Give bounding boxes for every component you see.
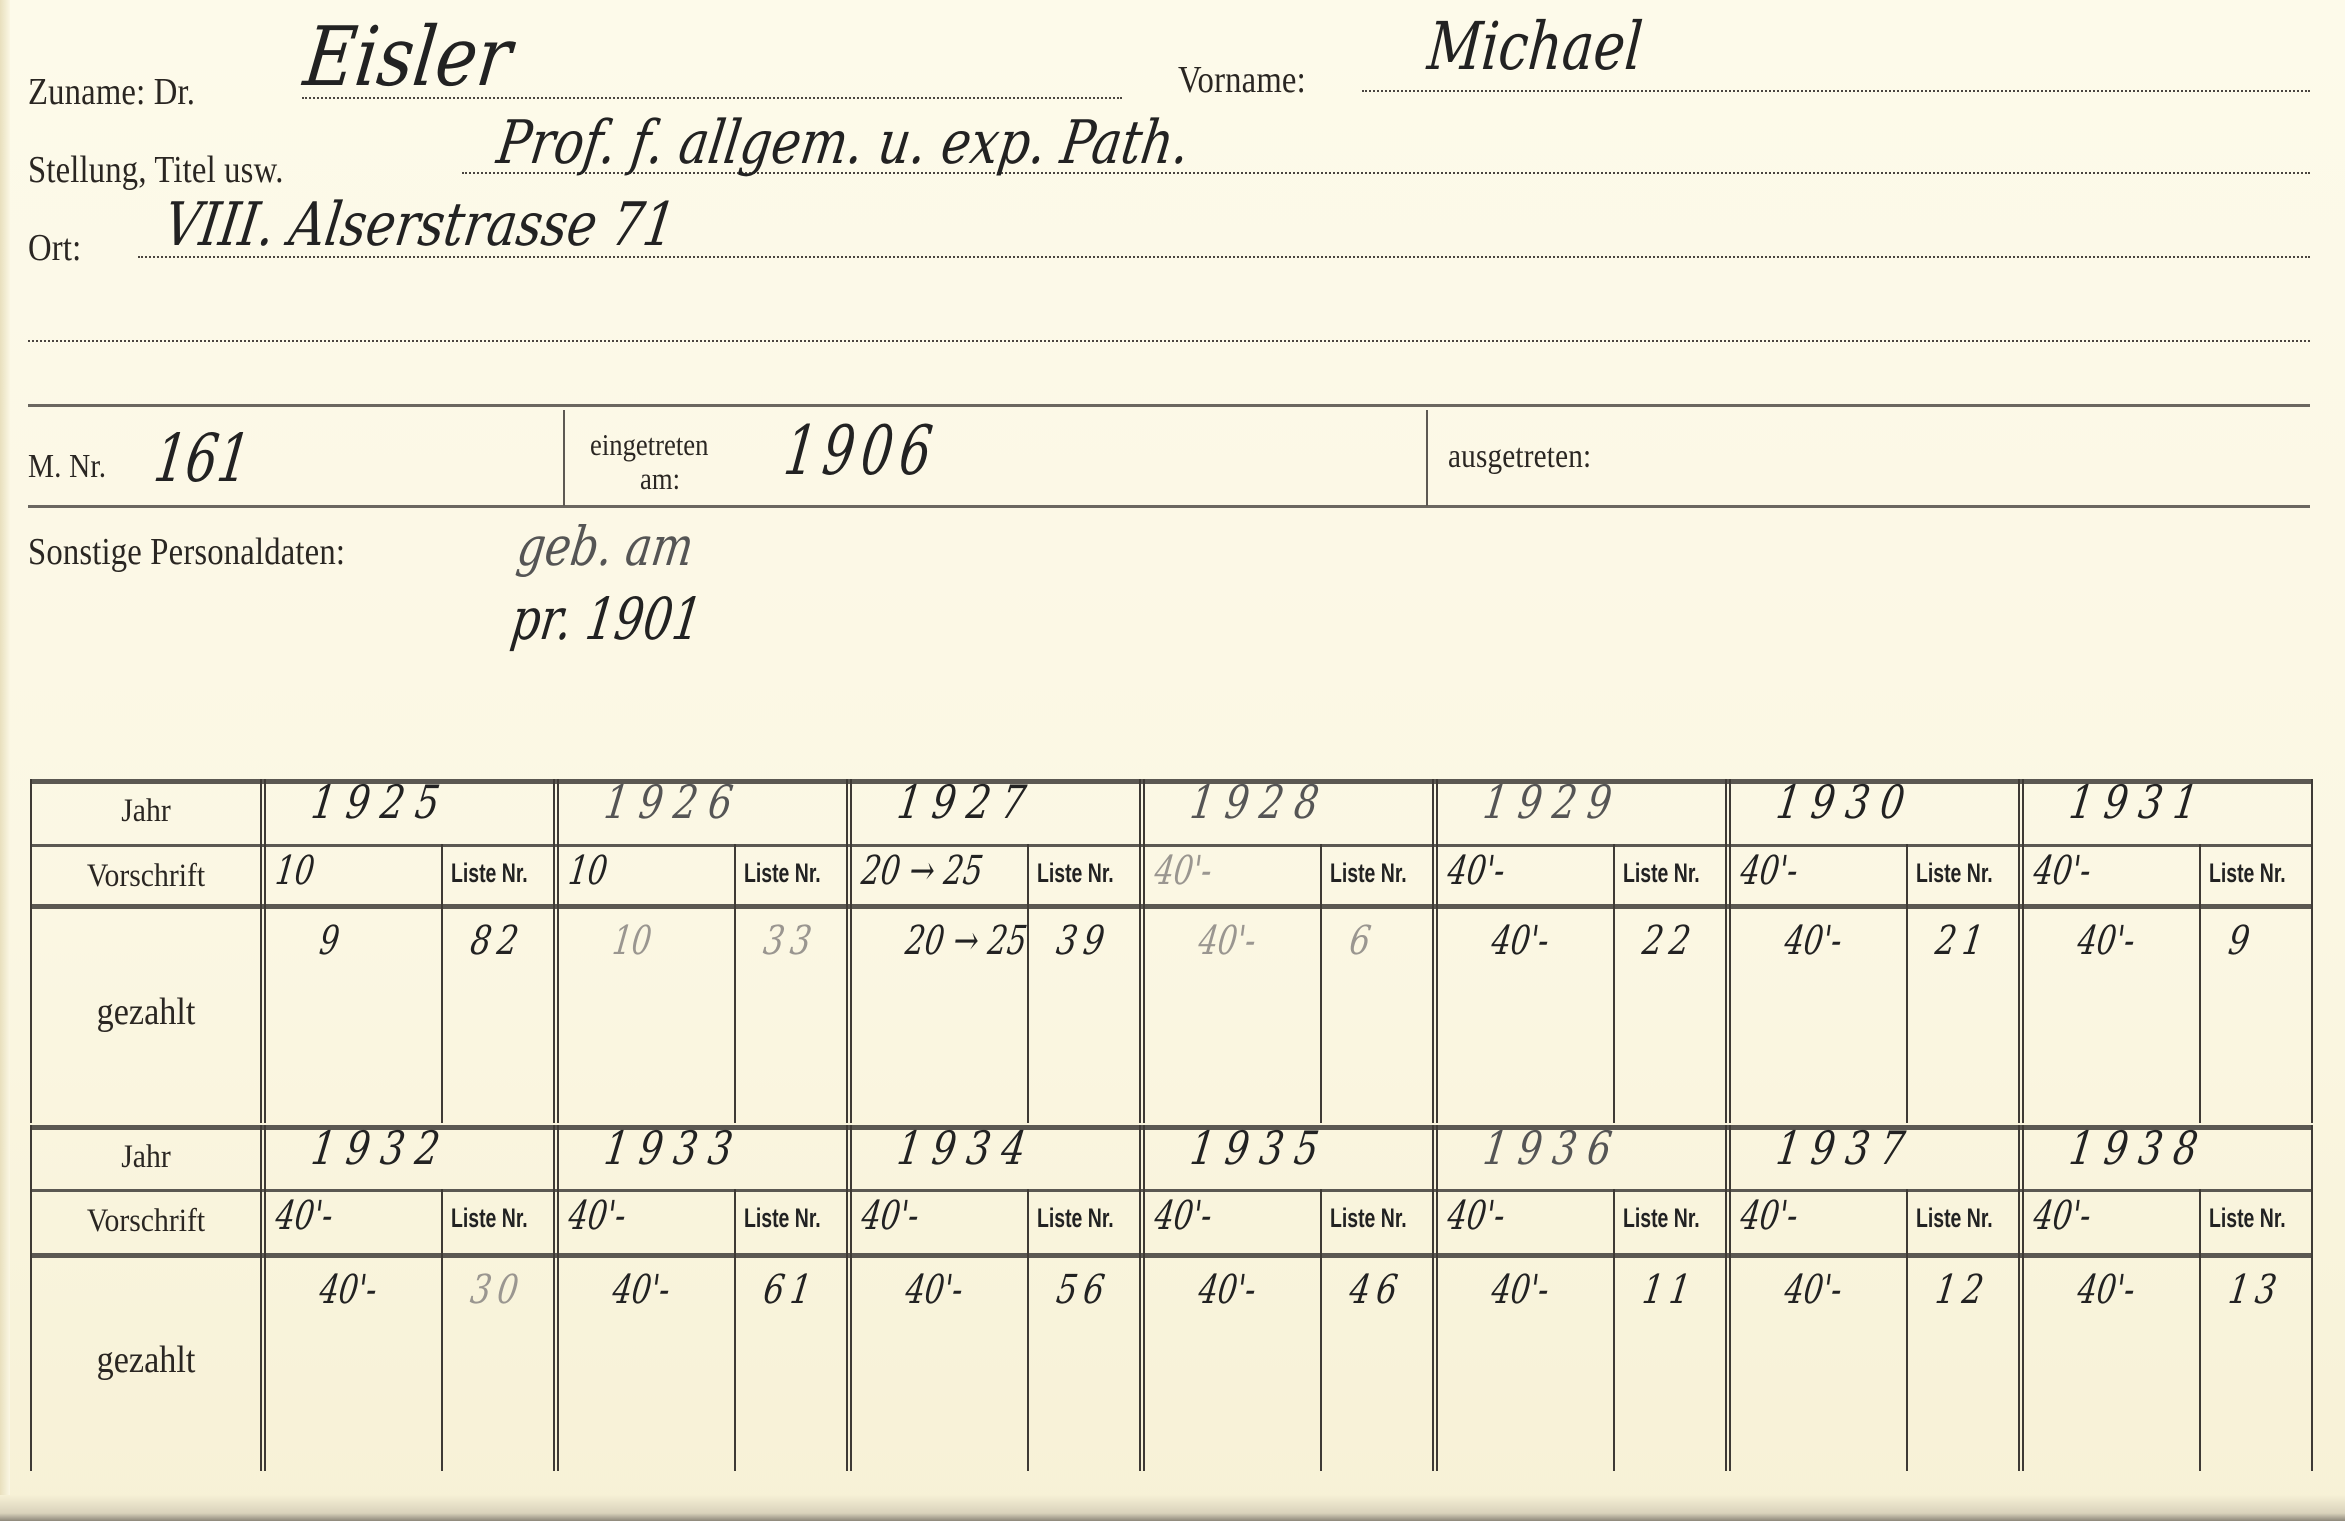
member-no-label: M. Nr. xyxy=(28,448,106,486)
list-no-label: Liste Nr. xyxy=(1330,1203,1407,1234)
list-column-divider xyxy=(1320,1189,1322,1471)
table-border-left xyxy=(30,779,32,1123)
list-no-label: Liste Nr. xyxy=(451,858,528,889)
list-no-label: Liste Nr. xyxy=(744,1203,821,1234)
list-no-value: 6 xyxy=(1347,918,1380,964)
year-value: 1925 xyxy=(308,775,454,829)
member-no-value: 161 xyxy=(150,420,255,497)
list-no-label: Liste Nr. xyxy=(2209,858,2286,889)
paid-value: 10 xyxy=(610,918,654,964)
joined-label-line2: am: xyxy=(640,464,680,494)
year-column-divider xyxy=(1432,779,1438,1123)
list-no-label: Liste Nr. xyxy=(1623,858,1700,889)
table-border-left xyxy=(30,1125,32,1471)
personal-line1: geb. am xyxy=(514,515,698,578)
list-no-label: Liste Nr. xyxy=(1916,858,1993,889)
surname-value: Eisler xyxy=(299,10,516,105)
position-label: Stellung, Titel usw. xyxy=(28,148,284,192)
row-label-year: Jahr xyxy=(42,1139,251,1176)
year-column-divider xyxy=(846,779,852,1123)
place-value: VIII. Alserstrasse 71 xyxy=(160,190,680,260)
year-value: 1936 xyxy=(1480,1121,1626,1175)
table-rule-required xyxy=(30,1253,2313,1258)
membership-top-rule xyxy=(28,404,2310,407)
joined-label-line1: eingetreten xyxy=(590,430,708,460)
list-no-value: 11 xyxy=(1640,1267,1700,1313)
card-bottom-edge xyxy=(0,1495,2345,1521)
year-column-divider xyxy=(553,779,559,1123)
year-value: 1929 xyxy=(1480,775,1626,829)
paid-value: 40'- xyxy=(2075,918,2138,964)
paid-value: 40'- xyxy=(903,1267,966,1313)
list-column-divider xyxy=(1613,844,1615,1123)
list-no-value: 61 xyxy=(761,1267,821,1313)
list-no-value: 30 xyxy=(468,1267,528,1313)
list-column-divider xyxy=(2199,1189,2201,1471)
paid-value: 20 → 25 xyxy=(903,918,1030,964)
list-no-value: 13 xyxy=(2226,1267,2286,1313)
list-no-value: 46 xyxy=(1347,1267,1407,1313)
firstname-value: Michael xyxy=(1425,8,1646,85)
list-no-value: 21 xyxy=(1933,918,1993,964)
list-no-label: Liste Nr. xyxy=(1037,1203,1114,1234)
firstname-line xyxy=(1362,90,2310,92)
paid-value: 40'- xyxy=(1196,1267,1259,1313)
membership-card: Zuname: Dr. Eisler Vorname: Michael Stel… xyxy=(0,0,2345,1521)
list-column-divider xyxy=(1027,1189,1029,1471)
table-rule-year xyxy=(30,844,2313,847)
surname-label: Zuname: Dr. xyxy=(28,70,195,114)
year-value: 1931 xyxy=(2066,775,2212,829)
year-column-divider xyxy=(260,779,266,1123)
required-value: 40'- xyxy=(566,1193,629,1239)
year-column-divider xyxy=(260,1125,266,1471)
list-no-value: 12 xyxy=(1933,1267,1993,1313)
joined-value: 1906 xyxy=(780,412,943,491)
year-column-divider xyxy=(1725,1125,1731,1471)
required-value: 40'- xyxy=(1738,848,1801,894)
year-column-divider xyxy=(2018,779,2024,1123)
list-column-divider xyxy=(1027,844,1029,1123)
membership-divider-2 xyxy=(1426,410,1428,506)
year-value: 1926 xyxy=(601,775,747,829)
membership-bottom-rule xyxy=(28,505,2310,508)
list-column-divider xyxy=(734,844,736,1123)
list-no-label: Liste Nr. xyxy=(1623,1203,1700,1234)
required-value: 40'- xyxy=(859,1193,922,1239)
table-border-right xyxy=(2311,779,2313,1123)
paid-value: 40'- xyxy=(610,1267,673,1313)
list-no-value: 33 xyxy=(761,918,821,964)
year-column-divider xyxy=(1725,779,1731,1123)
list-no-value: 9 xyxy=(2226,918,2259,964)
list-no-label: Liste Nr. xyxy=(1037,858,1114,889)
required-value: 10 xyxy=(566,848,610,894)
list-column-divider xyxy=(734,1189,736,1471)
year-value: 1928 xyxy=(1187,775,1333,829)
card-left-edge xyxy=(0,0,10,1521)
list-column-divider xyxy=(1906,844,1908,1123)
list-column-divider xyxy=(1906,1189,1908,1471)
list-no-value: 82 xyxy=(468,918,528,964)
year-value: 1935 xyxy=(1187,1121,1333,1175)
year-value: 1930 xyxy=(1773,775,1919,829)
required-value: 40'- xyxy=(1445,848,1508,894)
required-value: 40'- xyxy=(273,1193,336,1239)
paid-value: 9 xyxy=(317,918,342,964)
table-border-right xyxy=(2311,1125,2313,1471)
list-no-label: Liste Nr. xyxy=(451,1203,528,1234)
required-value: 40'- xyxy=(1152,1193,1215,1239)
row-label-required: Vorschrift xyxy=(42,858,251,895)
year-column-divider xyxy=(553,1125,559,1471)
list-column-divider xyxy=(441,844,443,1123)
required-value: 40'- xyxy=(2031,1193,2094,1239)
blank-line xyxy=(28,340,2310,342)
personal-label: Sonstige Personaldaten: xyxy=(28,530,345,574)
year-column-divider xyxy=(2018,1125,2024,1471)
row-label-paid: gezahlt xyxy=(42,990,251,1034)
required-value: 40'- xyxy=(1445,1193,1508,1239)
list-no-value: 39 xyxy=(1054,918,1114,964)
personal-line2: pr. 1901 xyxy=(507,585,706,653)
paid-value: 40'- xyxy=(1489,918,1552,964)
year-value: 1937 xyxy=(1773,1121,1919,1175)
table-rule-required xyxy=(30,904,2313,909)
paid-value: 40'- xyxy=(1782,918,1845,964)
firstname-label: Vorname: xyxy=(1178,58,1306,102)
required-value: 20 → 25 xyxy=(859,848,986,894)
list-column-divider xyxy=(441,1189,443,1471)
paid-value: 40'- xyxy=(2075,1267,2138,1313)
row-label-paid: gezahlt xyxy=(42,1338,251,1382)
membership-divider-1 xyxy=(563,410,565,506)
required-value: 40'- xyxy=(1152,848,1215,894)
year-column-divider xyxy=(846,1125,852,1471)
place-label: Ort: xyxy=(28,226,81,270)
required-value: 40'- xyxy=(2031,848,2094,894)
list-column-divider xyxy=(2199,844,2201,1123)
position-value: Prof. f. allgem. u. exp. Path. xyxy=(493,108,1194,178)
year-value: 1927 xyxy=(894,775,1040,829)
required-value: 40'- xyxy=(1738,1193,1801,1239)
list-column-divider xyxy=(1320,844,1322,1123)
year-value: 1938 xyxy=(2066,1121,2212,1175)
paid-value: 40'- xyxy=(1782,1267,1845,1313)
list-no-value: 22 xyxy=(1640,918,1700,964)
row-label-required: Vorschrift xyxy=(42,1203,251,1240)
list-no-label: Liste Nr. xyxy=(744,858,821,889)
year-value: 1932 xyxy=(308,1121,454,1175)
table-rule-year xyxy=(30,1189,2313,1192)
required-value: 10 xyxy=(273,848,317,894)
list-no-label: Liste Nr. xyxy=(1330,858,1407,889)
list-no-value: 56 xyxy=(1054,1267,1114,1313)
year-column-divider xyxy=(1432,1125,1438,1471)
paid-value: 40'- xyxy=(317,1267,380,1313)
list-no-label: Liste Nr. xyxy=(1916,1203,1993,1234)
paid-value: 40'- xyxy=(1489,1267,1552,1313)
list-column-divider xyxy=(1613,1189,1615,1471)
left-label: ausgetreten: xyxy=(1448,438,1591,476)
row-label-year: Jahr xyxy=(42,793,251,830)
year-column-divider xyxy=(1139,1125,1145,1471)
list-no-label: Liste Nr. xyxy=(2209,1203,2286,1234)
paid-value: 40'- xyxy=(1196,918,1259,964)
dues-table: JahrVorschriftgezahlt192510Liste Nr.9821… xyxy=(30,779,2313,1479)
year-value: 1933 xyxy=(601,1121,747,1175)
year-column-divider xyxy=(1139,779,1145,1123)
year-value: 1934 xyxy=(894,1121,1040,1175)
